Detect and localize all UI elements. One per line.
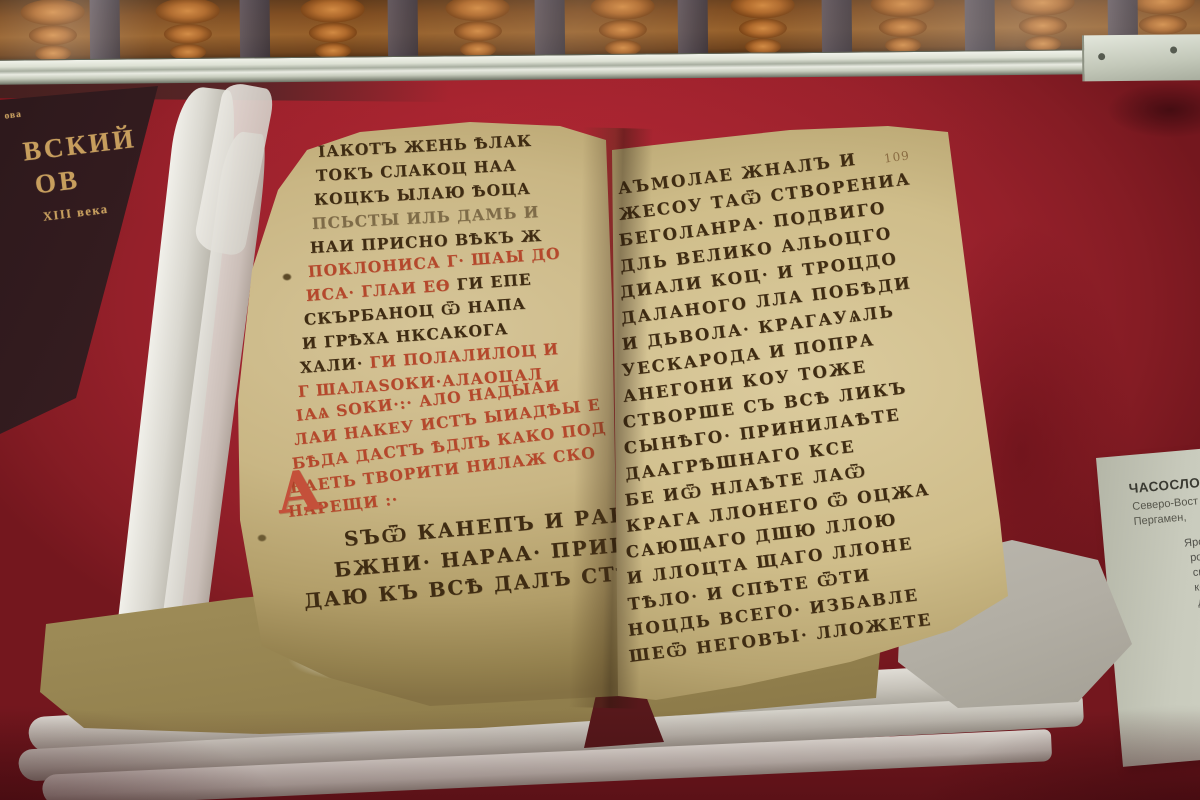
display-case-top bbox=[0, 0, 1200, 98]
illuminated-initial: А bbox=[273, 461, 325, 522]
bracket-screw bbox=[1170, 46, 1177, 53]
label-title: ЧАСОСЛОВ bbox=[1128, 460, 1200, 496]
left-page-text: ІАКОТЪ ЖЕНЬ ѢЛАКТОКЪ СЛАКОЦ НААКОЦКЪ ЫЛА… bbox=[318, 140, 650, 617]
right-page-text: АЪМОЛАЕ ЖНАЛЪ ИЖЕСОУ ТАѾ СТВОРЕНИАБЕГОЛА… bbox=[618, 176, 934, 670]
museum-exhibit-photo: ова ВСКИЙ ОВ XIII века ЧАСОСЛОВ Северо-В… bbox=[0, 0, 1200, 800]
bracket-screw bbox=[1098, 53, 1105, 60]
case-corner-bracket bbox=[1082, 34, 1200, 81]
